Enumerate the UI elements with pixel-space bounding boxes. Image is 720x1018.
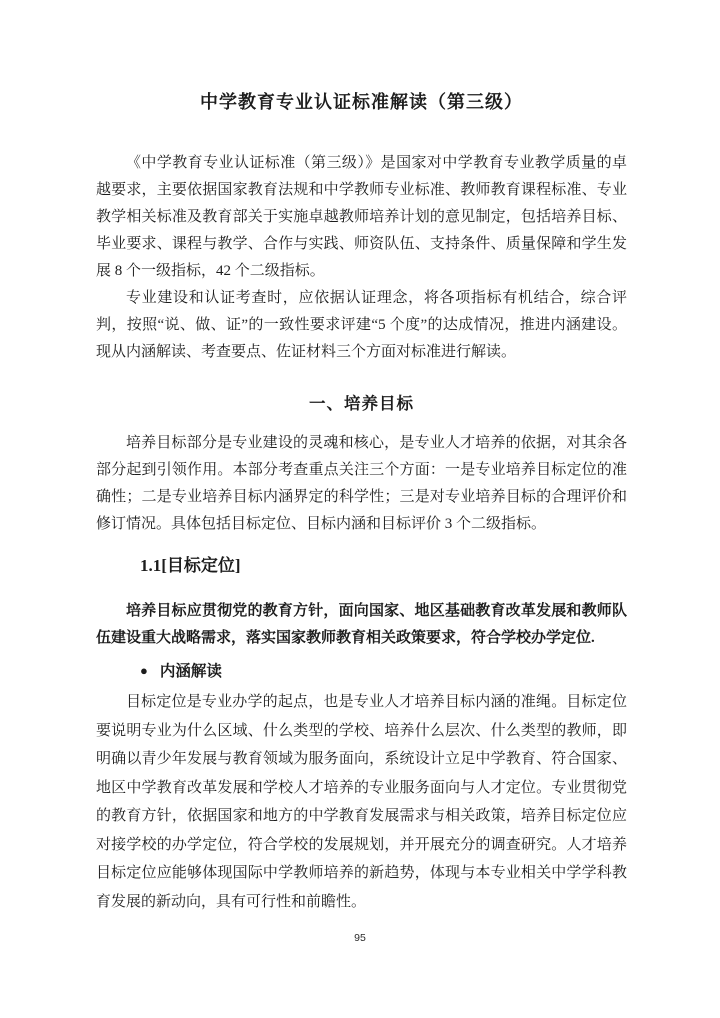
document-content: 中学教育专业认证标准解读（第三级） 《中学教育专业认证标准（第三级）》是国家对中… [96,88,627,916]
standard-statement-paragraph: 培养目标应贯彻党的教育方针，面向国家、地区基础教育改革发展和教师队伍建设重大战略… [96,598,627,652]
bullet-heading-label: 内涵解读 [160,663,222,680]
bullet-icon: ● [140,663,148,678]
intro-paragraph-1: 《中学教育专业认证标准（第三级）》是国家对中学教育专业教学质量的卓越要求，主要依… [96,150,627,285]
document-page: 中学教育专业认证标准解读（第三级） 《中学教育专业认证标准（第三级）》是国家对中… [0,0,720,1018]
section-1-heading: 一、培养目标 [96,390,627,417]
intro-paragraph-2: 专业建设和认证考查时，应依据认证理念，将各项指标有机结合，综合评判，按照“说、做… [96,285,627,366]
subsection-body-paragraph: 目标定位是专业办学的起点，也是专业人才培养目标内涵的准绳。目标定位要说明专业为什… [96,688,627,916]
section-1-overview-paragraph: 培养目标部分是专业建设的灵魂和核心，是专业人才培养的依据，对其余各部分起到引领作… [96,430,627,538]
bullet-heading-line: ●内涵解读 [140,657,627,685]
page-number: 95 [0,932,720,944]
document-title: 中学教育专业认证标准解读（第三级） [96,88,627,116]
subsection-1-1-heading: 1.1[目标定位] [140,552,627,580]
